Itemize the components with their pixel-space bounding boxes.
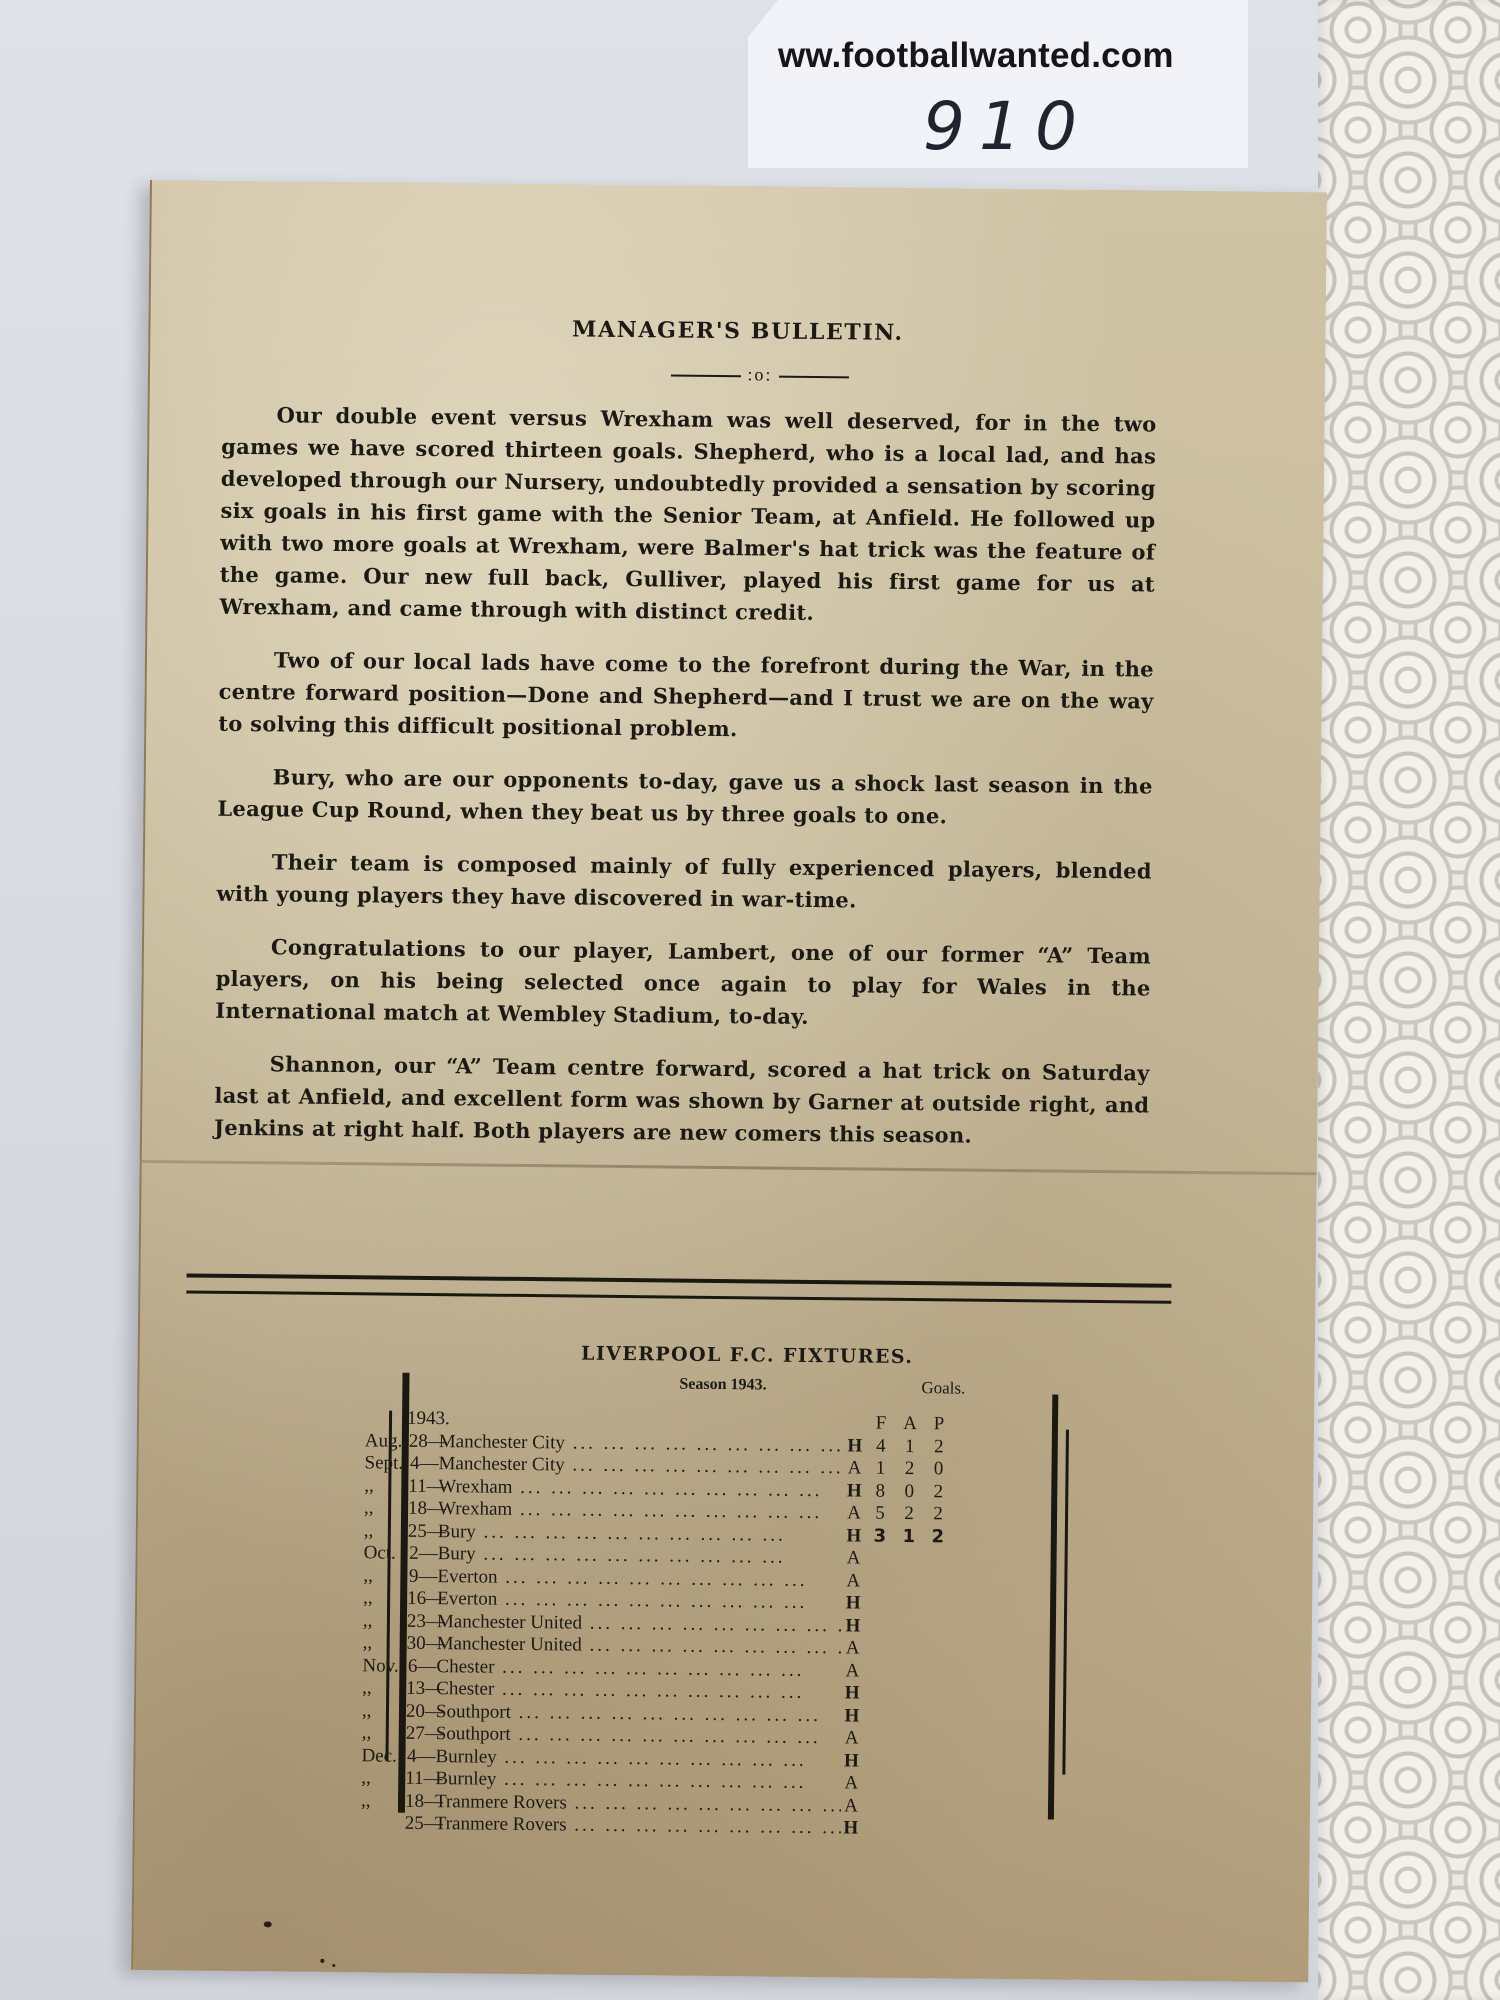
fixture-venue: H [843,1615,863,1638]
bulletin-paragraph: Bury, who are our opponents to-day, gave… [217,761,1153,835]
fixture-venue: A [841,1772,861,1795]
fixture-day: 27— [406,1723,436,1746]
fixture-day: 25— [405,1813,435,1836]
score-p [924,1706,948,1729]
goals-column-header: A [898,1413,922,1436]
fixture-day: 25— [408,1520,438,1543]
fixture-month [361,1812,405,1835]
score-f [866,1728,890,1751]
bulletin-paragraph: Our double event versus Wrexham was well… [219,399,1156,633]
fixture-month: ,, [361,1767,405,1790]
right-rule-thick [1048,1395,1058,1820]
fixtures-season: Season 1943. [679,1376,766,1395]
fixture-day: 18— [405,1790,435,1813]
fixture-venue: A [844,1457,864,1480]
title-ornament: :o: [660,363,860,386]
score-p [925,1571,949,1594]
section-divider-thick [187,1273,1172,1287]
fixture-day: 18— [408,1498,438,1521]
score-a [896,1615,920,1638]
fixture-day: 9— [407,1565,437,1588]
fixture-venue: A [844,1502,864,1525]
fixture-month: ,, [361,1790,405,1813]
score-f [867,1593,891,1616]
score-row [862,1683,952,1706]
fixture-venue: H [842,1682,862,1705]
score-row: 802 [864,1480,954,1503]
score-a [896,1638,920,1661]
fixture-day: 11— [405,1768,435,1791]
score-f [867,1638,891,1661]
score-a: 1 [898,1435,922,1458]
score-row [862,1660,952,1683]
score-f [865,1750,889,1773]
fixture-day: 6— [406,1655,436,1678]
score-p [924,1683,948,1706]
score-a [896,1548,920,1571]
fixture-venue: H [841,1750,861,1773]
score-row: 120 [864,1458,954,1481]
score-p [925,1548,949,1571]
score-a [895,1683,919,1706]
score-p [925,1593,949,1616]
ink-spot [332,1964,335,1967]
score-a: 2 [897,1503,921,1526]
score-a [895,1705,919,1728]
goals-column-headers: FAP [865,1413,955,1436]
score-row [863,1615,953,1638]
goals-column-header: F [869,1413,893,1436]
score-f: 3 [868,1525,892,1548]
score-f: 5 [868,1503,892,1526]
score-a: 2 [897,1458,921,1481]
score-p [925,1638,949,1661]
fixture-day: 2— [408,1543,438,1566]
score-f [866,1705,890,1728]
fixture-month: ,, [364,1497,408,1520]
auction-label-card: ww.footballwanted.com 910 [748,0,1248,168]
fixture-day: 13— [406,1678,436,1701]
fixture-month: Sept. [364,1452,408,1475]
score-a: 0 [897,1480,921,1503]
score-p [924,1728,948,1751]
right-rule-thin [1062,1430,1069,1775]
fixture-day: 30— [407,1633,437,1656]
fixture-day: 28— [409,1430,439,1453]
score-row [863,1570,953,1593]
score-p [923,1751,947,1774]
fixture-venue: H [842,1705,862,1728]
fixture-month: Dec. [361,1745,405,1768]
score-f [867,1615,891,1638]
goals-column-header: P [927,1413,951,1436]
score-a [896,1593,920,1616]
score-row [863,1593,953,1616]
bulletin-paragraph: Their team is composed mainly of fully e… [216,846,1152,920]
fixture-month: ,, [362,1722,406,1745]
score-a [896,1570,920,1593]
fixture-venue: H [844,1525,864,1548]
fixture-month: ,, [364,1520,408,1543]
goals-header: Goals. [921,1378,965,1398]
fixture-month: ,, [363,1587,407,1610]
score-f [865,1818,889,1841]
score-f [867,1570,891,1593]
score-f: 4 [869,1435,893,1458]
fixture-venue: A [842,1660,862,1683]
score-a [895,1728,919,1751]
score-p: 2 [926,1481,950,1504]
score-row [861,1795,951,1818]
fixture-day: 20— [406,1700,436,1723]
score-a [895,1660,919,1683]
score-row [863,1548,953,1571]
goals-table: FAP412120802522312 [861,1413,955,1841]
ink-spot [320,1959,324,1963]
score-row [863,1638,953,1661]
fixture-row: 25—Tranmere RoversH [361,1812,861,1840]
bulletin-title: MANAGER'S BULLETIN. [150,312,1325,350]
score-a [894,1795,918,1818]
tablecloth-background [1318,0,1500,2000]
fixtures-list: 1943. Aug.28—Manchester CityHSept.4—Manc… [361,1407,865,1840]
score-a [894,1750,918,1773]
fixture-venue: H [841,1817,861,1840]
score-p [923,1773,947,1796]
programme-page: MANAGER'S BULLETIN. :o: Our double event… [131,180,1327,1982]
fixture-month: Oct. [364,1542,408,1565]
fixture-month: ,, [363,1632,407,1655]
score-f: 8 [868,1480,892,1503]
score-row: 412 [865,1435,955,1458]
score-p: 2 [926,1526,950,1549]
fixture-venue: H [844,1480,864,1503]
fixture-month: Aug. [365,1430,409,1453]
fixture-month: ,, [363,1610,407,1633]
fixture-venue: A [842,1727,862,1750]
score-p [924,1661,948,1684]
fixture-day: 23— [407,1610,437,1633]
bulletin-paragraph: Two of our local lads have come to the f… [218,644,1154,750]
fixture-month: ,, [362,1677,406,1700]
fixture-month: Nov. [362,1655,406,1678]
fixture-venue: H [845,1435,865,1458]
score-a [894,1773,918,1796]
fixture-day: 4— [405,1745,435,1768]
score-row [861,1750,951,1773]
score-row: 522 [864,1503,954,1526]
score-f: 1 [868,1458,892,1481]
fixture-venue: A [843,1570,863,1593]
score-row [861,1818,951,1841]
fixture-venue: A [843,1637,863,1660]
ink-spot [264,1921,272,1927]
score-p: 2 [927,1436,951,1459]
score-a [894,1818,918,1841]
fixture-day: 16— [407,1588,437,1611]
fixture-day: 11— [408,1475,438,1498]
fixture-month: ,, [362,1700,406,1723]
score-f [865,1773,889,1796]
score-row [861,1773,951,1796]
fixture-month: ,, [364,1475,408,1498]
bulletin-paragraph: Shannon, our “A” Team centre forward, sc… [214,1048,1150,1154]
bulletin-body: Our double event versus Wrexham was well… [214,399,1157,1175]
fixture-month: ,, [363,1565,407,1588]
lot-number: 910 [923,88,1091,165]
fixture-venue: A [843,1547,863,1570]
fixture-venue: H [843,1592,863,1615]
fixture-opponent: Tranmere Rovers [435,1813,841,1840]
score-p: 0 [926,1458,950,1481]
label-url: ww.footballwanted.com [778,36,1174,76]
score-p [923,1818,947,1841]
score-row: 312 [864,1525,954,1548]
score-f [865,1795,889,1818]
score-f [867,1548,891,1571]
score-f [866,1660,890,1683]
score-a: 1 [897,1525,921,1548]
fixtures-title: LIVERPOOL F.C. FIXTURES. [140,1338,1315,1372]
score-row [862,1705,952,1728]
score-p: 2 [926,1503,950,1526]
score-f [866,1683,890,1706]
bulletin-paragraph: Congratulations to our player, Lambert, … [215,931,1151,1037]
section-divider-thin [186,1290,1171,1303]
fixture-day: 4— [408,1453,438,1476]
score-p [923,1796,947,1819]
score-p [925,1616,949,1639]
fixture-venue: A [841,1795,861,1818]
score-row [862,1728,952,1751]
